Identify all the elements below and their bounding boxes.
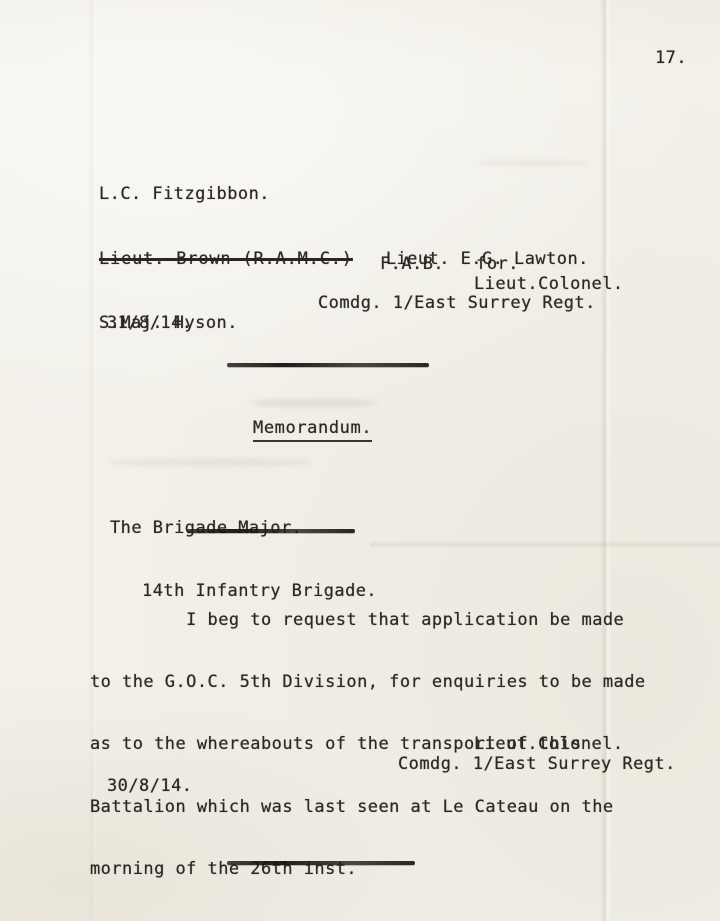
officer-name-line-1: L.C. Fitzgibbon.: [99, 184, 589, 206]
typed-rule-top: [227, 363, 429, 367]
typed-rule-middle: [187, 529, 355, 533]
signature-rank-top: Lieut.Colonel.: [474, 274, 624, 294]
date-top: 31/8/14.: [107, 313, 192, 333]
memo-heading: Memorandum.: [253, 418, 372, 442]
struck-out-officer-name: Lieut. Brown (R.A.M.C.): [99, 249, 353, 269]
date-bottom: 30/8/14.: [107, 776, 192, 796]
typed-rule-bottom: [227, 861, 415, 865]
page-number: 17.: [655, 48, 687, 68]
signature-signed-for: F.A.B. for.: [380, 254, 519, 274]
ink-smudge: [250, 399, 378, 407]
ink-smudge: [108, 459, 313, 466]
memo-body-line: I beg to request that application be mad…: [90, 610, 646, 631]
signature-unit-bottom: Comdg. 1/East Surrey Regt.: [398, 754, 676, 774]
scanned-document-page: 17. L.C. Fitzgibbon. Lieut. Brown (R.A.M…: [0, 0, 720, 921]
signature-unit-top: Comdg. 1/East Surrey Regt.: [318, 293, 596, 313]
horizontal-fold-crease: [370, 540, 720, 549]
memo-body-line: to the G.O.C. 5th Division, for enquirie…: [90, 672, 646, 693]
memo-body-line: Battalion which was last seen at Le Cate…: [90, 797, 646, 818]
signature-rank-bottom: Lieut.Colonel.: [474, 734, 624, 754]
